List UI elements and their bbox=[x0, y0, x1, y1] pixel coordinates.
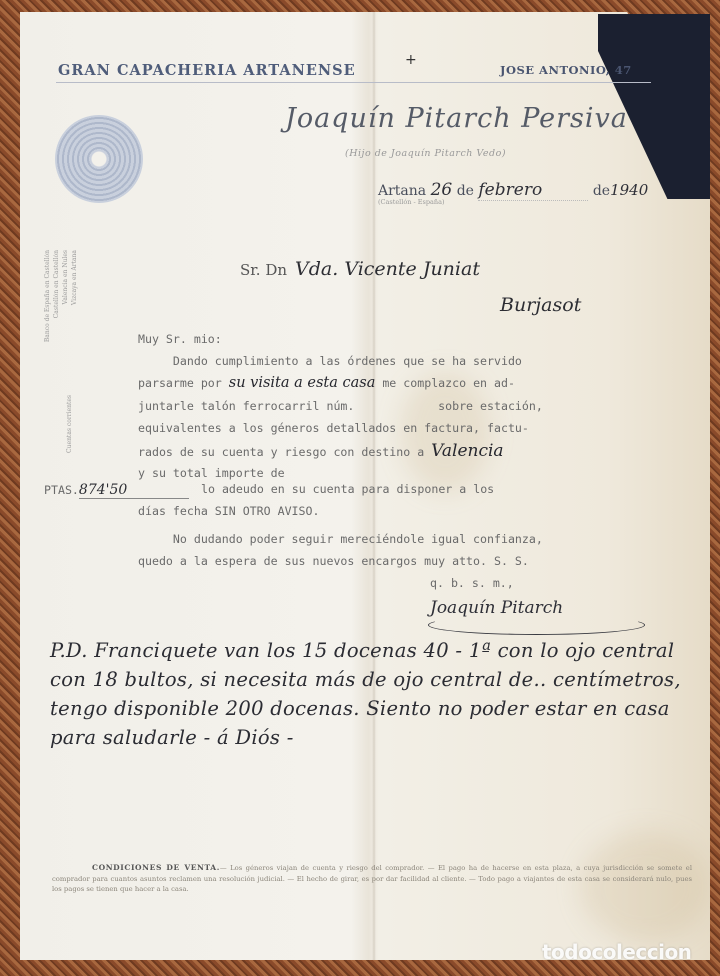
body-text: parsarme por bbox=[138, 376, 229, 390]
date-month: febrero bbox=[478, 180, 588, 201]
handwritten-postscript: P.D. Franciquete van los 15 docenas 40 -… bbox=[50, 636, 690, 752]
date-de: de bbox=[457, 183, 474, 199]
body-line: parsarme por su visita a esta casa me co… bbox=[138, 372, 515, 395]
watermark-logo: todocoleccion bbox=[542, 940, 691, 964]
proprietor-subtitle: (Hijo de Joaquín Pitarch Vedo) bbox=[345, 148, 506, 159]
ptas-label: PTAS. bbox=[44, 483, 79, 497]
body-line: lo adeudo en su cuenta para disponer a l… bbox=[201, 478, 494, 501]
ptas-line: PTAS.874'50 bbox=[44, 482, 189, 499]
body-line: días fecha SIN OTRO AVISO. bbox=[138, 500, 319, 523]
signature-flourish bbox=[428, 615, 645, 635]
bank-accounts-sidebar: Banco de España en Castellón Castellón e… bbox=[36, 250, 96, 470]
bank-line: Banco de España en Castellón bbox=[44, 250, 52, 342]
body-line: quedo a la espera de sus nuevos encargos… bbox=[138, 550, 529, 573]
body-line: No dudando poder seguir mereciéndole igu… bbox=[138, 528, 543, 551]
body-line: juntarle talón ferrocarril núm. sobre es… bbox=[138, 395, 543, 418]
addressee: Sr. DnVda. Vicente Juniat bbox=[240, 258, 480, 280]
bank-line: Vizcaya en Artana bbox=[71, 250, 79, 305]
basket-logo-icon bbox=[55, 115, 143, 203]
date-day: 26 bbox=[431, 180, 453, 200]
closing: q. b. s. m., bbox=[430, 572, 514, 595]
date-place: Artana bbox=[378, 183, 426, 199]
handwritten-destination: Valencia bbox=[431, 441, 503, 461]
body-line: rados de su cuenta y riesgo con destino … bbox=[138, 440, 504, 464]
company-address: JOSE ANTONIO, 47 bbox=[500, 63, 632, 77]
addressee-name: Vda. Vicente Juniat bbox=[295, 258, 480, 280]
place-subtitle: (Castellón - España) bbox=[378, 198, 444, 206]
body-text: me complazco en ad- bbox=[382, 376, 515, 390]
proprietor-name: Joaquín Pitarch Persiva bbox=[285, 103, 628, 134]
accounts-label: Cuentas corrientes bbox=[66, 395, 73, 453]
handwritten-insert: su visita a esta casa bbox=[229, 375, 376, 391]
body-line: Dando cumplimiento a las órdenes que se … bbox=[138, 350, 522, 373]
conditions-of-sale: CONDICIONES DE VENTA.— Los géneros viaja… bbox=[52, 863, 692, 895]
company-name: GRAN CAPACHERIA ARTANENSE bbox=[58, 62, 356, 79]
addressee-town: Burjasot bbox=[500, 294, 581, 316]
date-de: de bbox=[593, 183, 610, 199]
ptas-amount: 874'50 bbox=[79, 482, 189, 499]
header-rule bbox=[56, 82, 651, 83]
body-line: equivalentes a los géneros detallados en… bbox=[138, 417, 529, 440]
cross-mark: + bbox=[405, 52, 417, 68]
bank-line: Castellón en Castellón bbox=[53, 250, 61, 318]
body-text: rados de su cuenta y riesgo con destino … bbox=[138, 445, 431, 459]
conditions-title: CONDICIONES DE VENTA. bbox=[52, 863, 220, 872]
salutation: Muy Sr. mio: bbox=[138, 328, 222, 351]
date-year: 1940 bbox=[610, 181, 648, 199]
addressee-prefix: Sr. Dn bbox=[240, 261, 287, 279]
bank-line: Valencia en Nules bbox=[62, 250, 70, 304]
